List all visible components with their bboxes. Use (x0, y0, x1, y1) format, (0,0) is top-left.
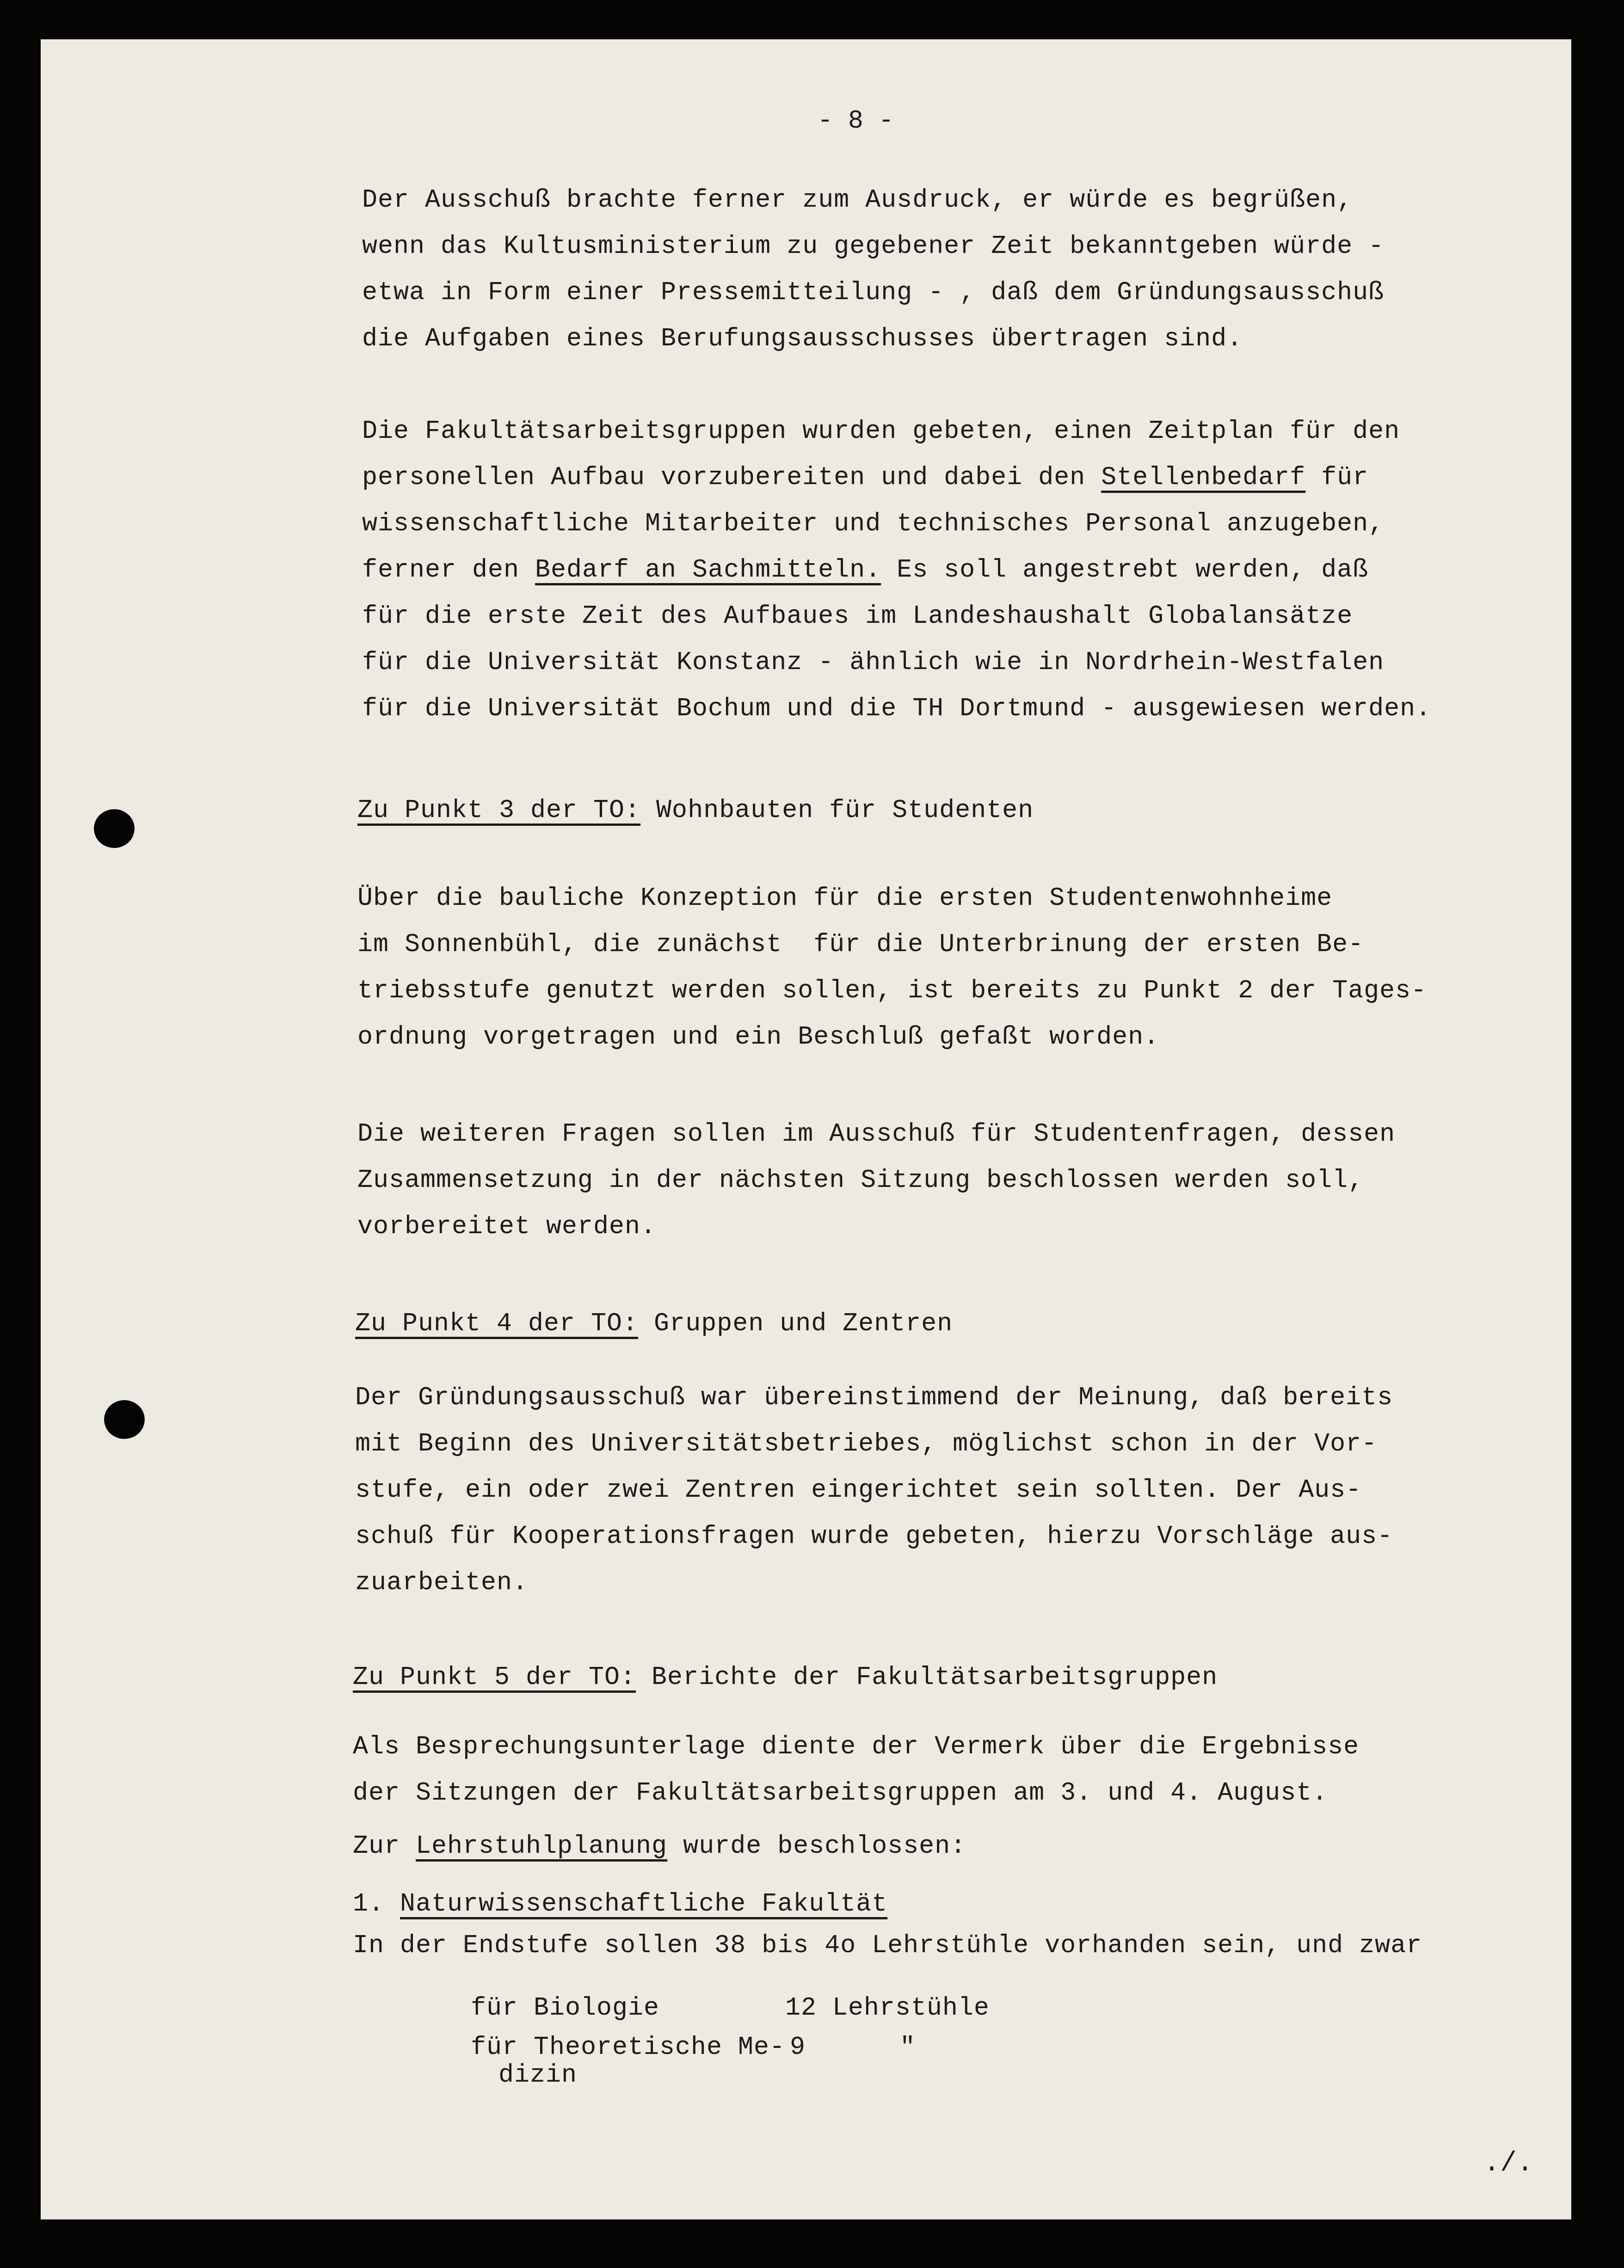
punch-hole (94, 809, 135, 848)
table-subject: für Biologie (471, 1995, 659, 2021)
text-line: ferner den Bedarf an Sachmitteln. Es sol… (362, 557, 1368, 583)
text-line: Zusammensetzung in der nächsten Sitzung … (357, 1168, 1364, 1193)
section-heading: Zu Punkt 4 der TO: Gruppen und Zentren (355, 1311, 953, 1336)
document-page: - 8 - Der Ausschuß brachte ferner zum Au… (41, 39, 1571, 2219)
table-subject-cont: dizin (498, 2062, 577, 2088)
text-line: für die erste Zeit des Aufbaues im Lande… (362, 603, 1353, 629)
text-span: Zur (353, 1832, 416, 1861)
text-span: ferner den (362, 555, 535, 584)
text-line: Der Gründungsausschuß war übereinstimmen… (355, 1385, 1393, 1410)
text-line: etwa in Form einer Pressemitteilung - , … (362, 280, 1384, 305)
text-span: für (1305, 463, 1368, 492)
punch-hole (104, 1400, 145, 1439)
text-line: im Sonnenbühl, die zunächst für die Unte… (357, 932, 1364, 957)
continuation-mark: ./. (1483, 2148, 1533, 2179)
text-line: Der Ausschuß brachte ferner zum Ausdruck… (362, 187, 1353, 213)
heading-label: Zu Punkt 4 der TO: (355, 1309, 638, 1338)
text-span: wurde beschlossen: (667, 1832, 966, 1861)
heading-title: Berichte der Fakultätsarbeitsgruppen (636, 1663, 1218, 1692)
text-line: wenn das Kultusministerium zu gegebener … (362, 234, 1384, 259)
text-line: Als Besprechungsunterlage diente der Ver… (353, 1734, 1359, 1759)
text-span: Es soll angestrebt werden, daß (881, 555, 1368, 584)
text-line: In der Endstufe sollen 38 bis 4o Lehrstü… (353, 1933, 1422, 1958)
heading-title: Gruppen und Zentren (638, 1309, 953, 1338)
section-heading: Zu Punkt 3 der TO: Wohnbauten für Studen… (357, 798, 1033, 823)
table-subject: für Theoretische Me- (471, 2034, 785, 2060)
text-line: Über die bauliche Konzeption für die ers… (357, 885, 1332, 911)
list-item-heading: 1. Naturwissenschaftliche Fakultät (353, 1891, 887, 1917)
text-line: für die Universität Konstanz - ähnlich w… (362, 650, 1384, 675)
heading-label: Zu Punkt 3 der TO: (357, 796, 640, 825)
table-count: 12 Lehrstühle (785, 1995, 990, 2021)
text-line: Die weiteren Fragen sollen im Ausschuß f… (357, 1121, 1395, 1147)
text-line: Die Fakultätsarbeitsgruppen wurden gebet… (362, 418, 1400, 444)
text-line: der Sitzungen der Fakultätsarbeitsgruppe… (353, 1780, 1328, 1806)
table-count: 9 " (790, 2034, 916, 2060)
faculty-name: Naturwissenschaftliche Fakultät (400, 1889, 887, 1918)
text-span: personellen Aufbau vorzubereiten und dab… (362, 463, 1101, 492)
underlined-term: Lehrstuhlplanung (416, 1832, 667, 1861)
text-line: Zur Lehrstuhlplanung wurde beschlossen: (353, 1833, 966, 1859)
heading-title: Wohnbauten für Studenten (640, 796, 1033, 825)
text-line: die Aufgaben eines Berufungsausschusses … (362, 326, 1243, 351)
section-heading: Zu Punkt 5 der TO: Berichte der Fakultät… (353, 1665, 1218, 1690)
text-line: triebsstufe genutzt werden sollen, ist b… (357, 978, 1427, 1003)
text-line: zuarbeiten. (355, 1570, 528, 1595)
text-line: mit Beginn des Universitätsbetriebes, mö… (355, 1431, 1377, 1457)
text-line: personellen Aufbau vorzubereiten und dab… (362, 465, 1368, 490)
text-line: schuß für Kooperationsfragen wurde gebet… (355, 1524, 1393, 1549)
page-number: - 8 - (818, 106, 894, 135)
underlined-term: Bedarf an Sachmitteln. (535, 555, 881, 584)
heading-label: Zu Punkt 5 der TO: (353, 1663, 636, 1692)
text-line: stufe, ein oder zwei Zentren eingerichte… (355, 1477, 1361, 1503)
text-line: für die Universität Bochum und die TH Do… (362, 696, 1431, 721)
text-line: wissenschaftliche Mitarbeiter und techni… (362, 511, 1384, 536)
underlined-term: Stellenbedarf (1101, 463, 1305, 492)
text-line: vorbereitet werden. (357, 1214, 656, 1239)
list-number: 1. (353, 1889, 400, 1918)
text-line: ordnung vorgetragen und ein Beschluß gef… (357, 1024, 1159, 1050)
